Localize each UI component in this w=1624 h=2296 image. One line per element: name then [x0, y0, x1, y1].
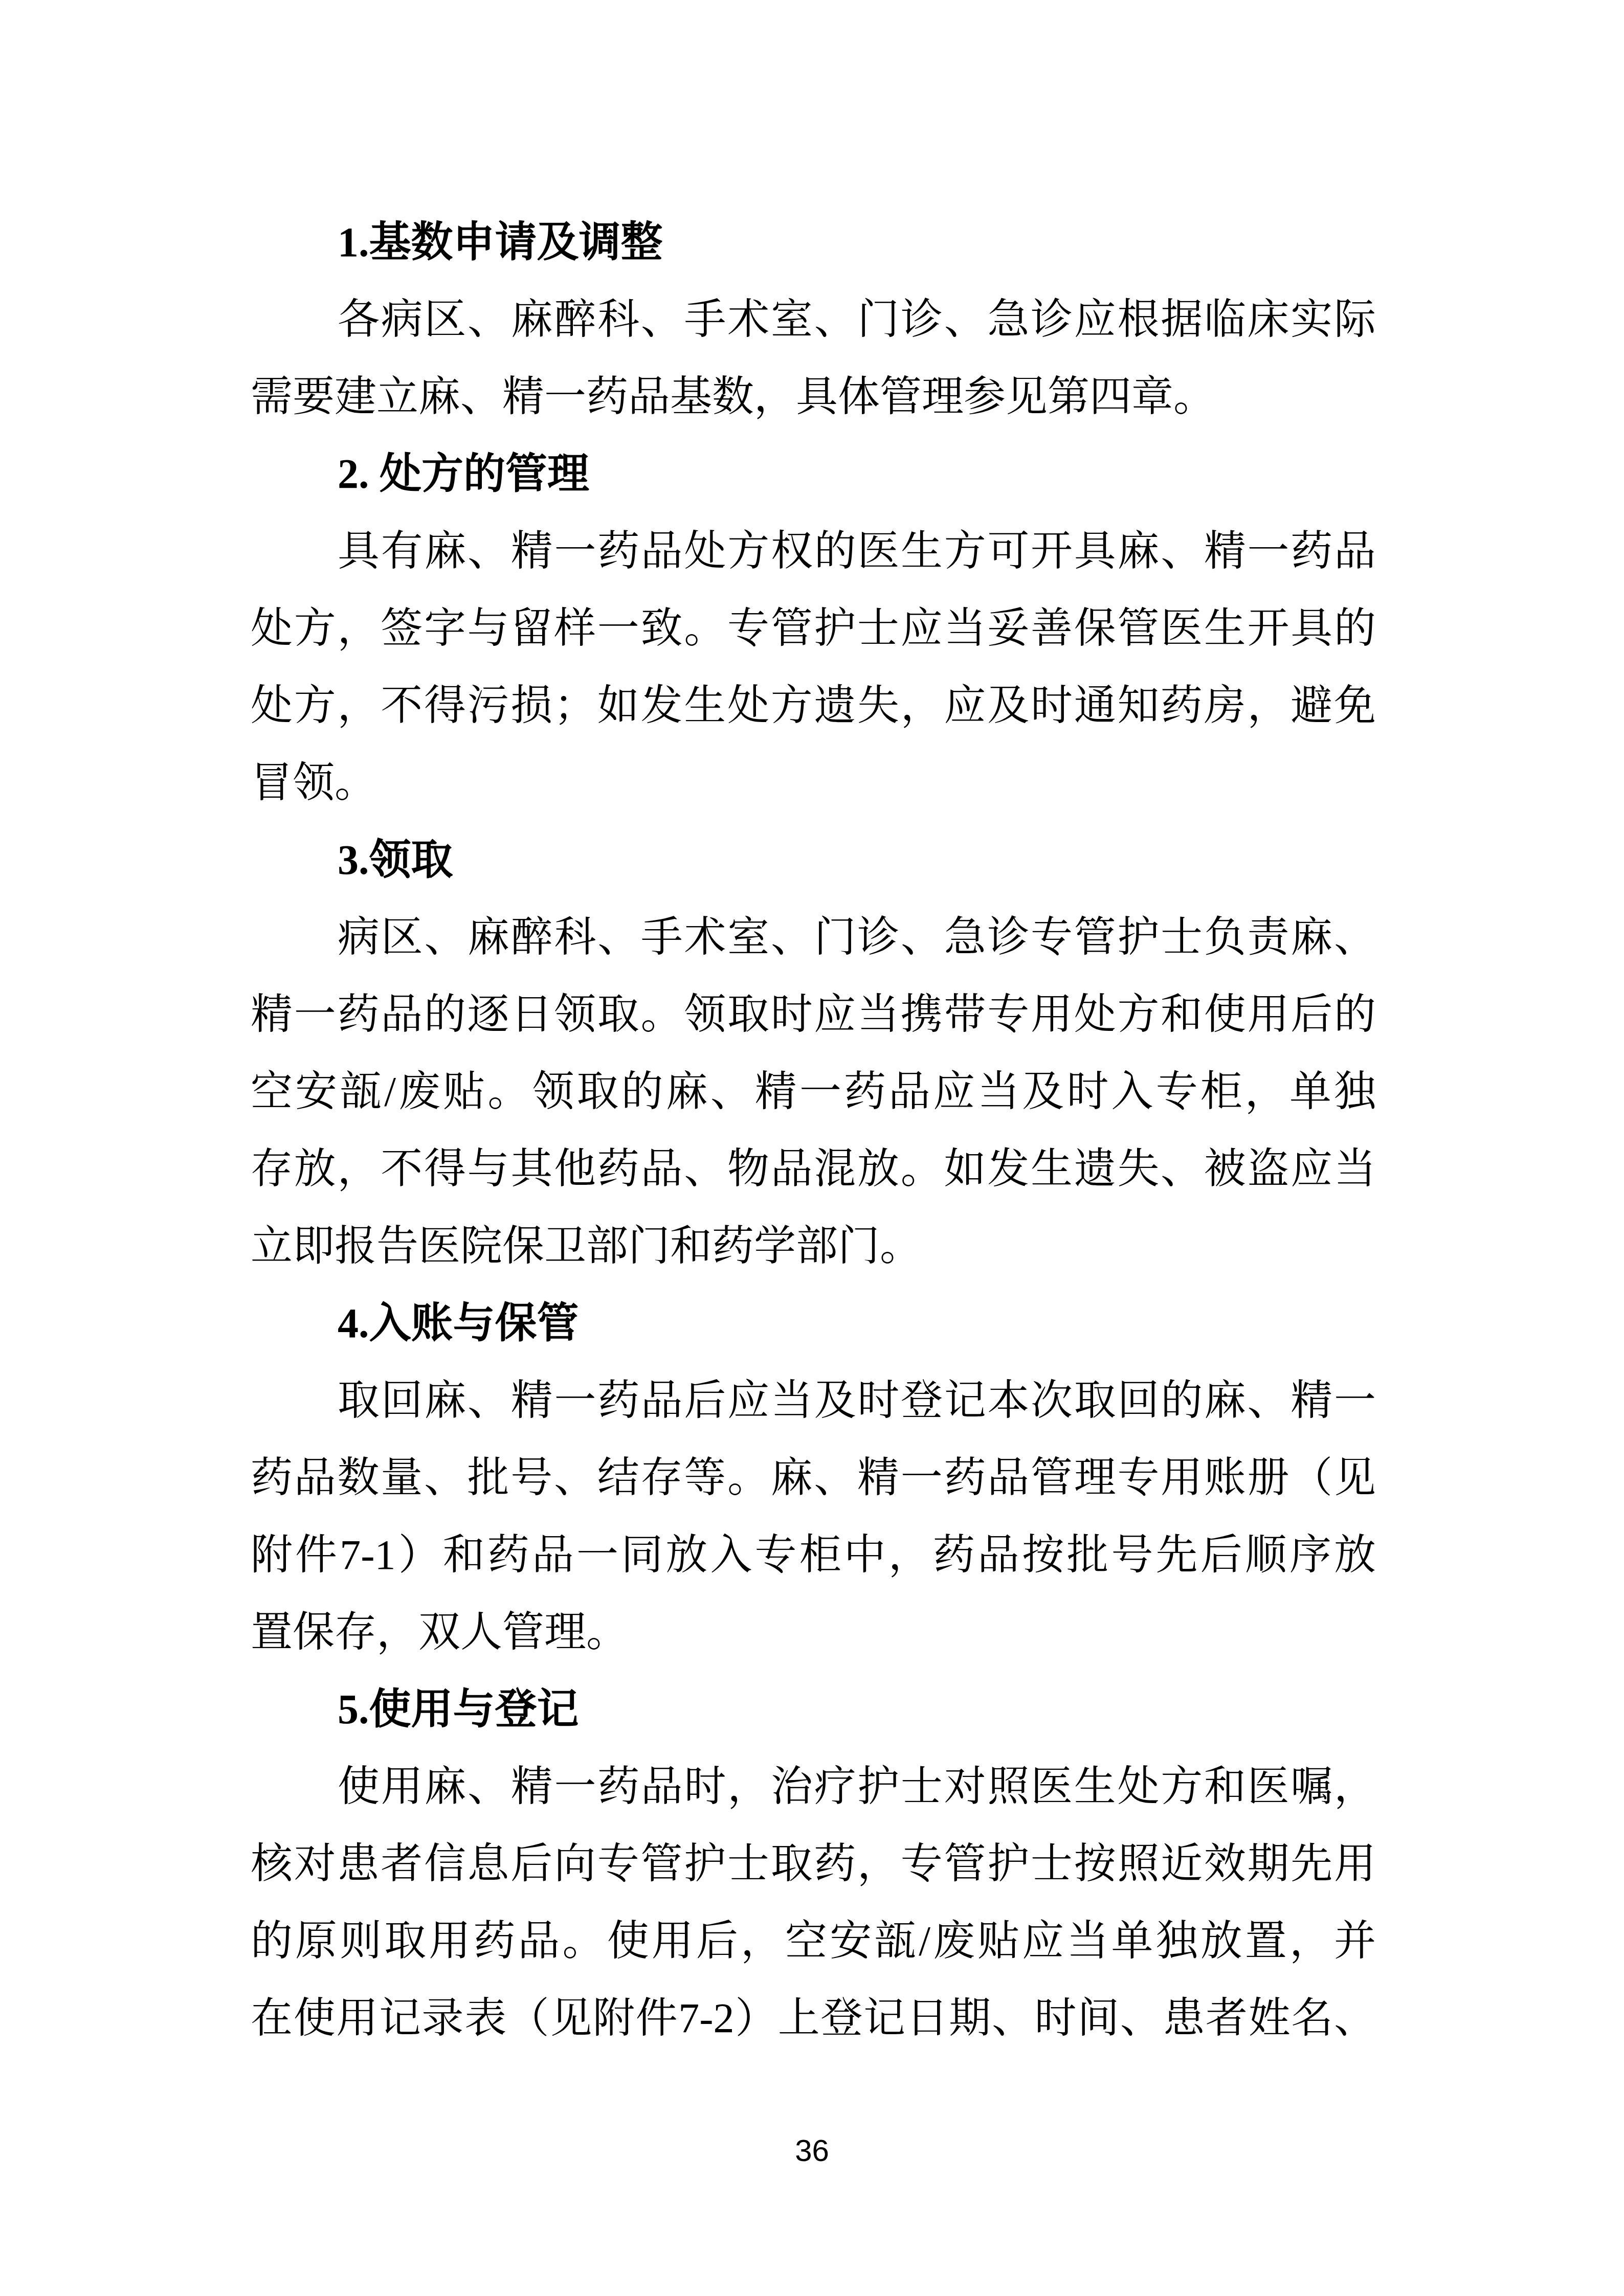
section-2-paragraph-line: 具有麻、精一药品处方权的医生方可开具麻、精一药品	[251, 512, 1376, 590]
section-4-paragraph-line: 置保存，双人管理。	[251, 1593, 1376, 1671]
section-4-heading: 4.入账与保管	[251, 1285, 1376, 1362]
section-3-paragraph-line: 精一药品的逐日领取。领取时应当携带专用处方和使用后的	[251, 976, 1376, 1053]
section-5-paragraph-line: 使用麻、精一药品时，治疗护士对照医生处方和医嘱，	[251, 1748, 1376, 1825]
section-2-paragraph-line: 冒领。	[251, 744, 1376, 821]
section-1-paragraph-line: 需要建立麻、精一药品基数，具体管理参见第四章。	[251, 358, 1376, 435]
document-body: 1.基数申请及调整 各病区、麻醉科、手术室、门诊、急诊应根据临床实际 需要建立麻…	[251, 204, 1376, 2057]
section-1-heading: 1.基数申请及调整	[251, 204, 1376, 281]
section-4-paragraph-line: 附件7-1）和药品一同放入专柜中，药品按批号先后顺序放	[251, 1516, 1376, 1593]
section-5-paragraph-line: 在使用记录表（见附件7-2）上登记日期、时间、患者姓名、	[251, 1979, 1376, 2057]
document-page: 1.基数申请及调整 各病区、麻醉科、手术室、门诊、急诊应根据临床实际 需要建立麻…	[0, 0, 1624, 2296]
section-4-paragraph-line: 药品数量、批号、结存等。麻、精一药品管理专用账册（见	[251, 1439, 1376, 1516]
section-5-paragraph-line: 的原则取用药品。使用后，空安瓿/废贴应当单独放置，并	[251, 1902, 1376, 1979]
section-2-heading: 2. 处方的管理	[251, 435, 1376, 512]
section-5-heading: 5.使用与登记	[251, 1671, 1376, 1748]
section-4-paragraph-line: 取回麻、精一药品后应当及时登记本次取回的麻、精一	[251, 1362, 1376, 1439]
page-number: 36	[0, 2131, 1624, 2170]
section-2-paragraph-line: 处方，签字与留样一致。专管护士应当妥善保管医生开具的	[251, 590, 1376, 667]
section-3-heading: 3.领取	[251, 821, 1376, 898]
section-5-paragraph-line: 核对患者信息后向专管护士取药，专管护士按照近效期先用	[251, 1825, 1376, 1902]
section-2-paragraph-line: 处方，不得污损；如发生处方遗失，应及时通知药房，避免	[251, 667, 1376, 744]
section-3-paragraph-line: 空安瓿/废贴。领取的麻、精一药品应当及时入专柜，单独	[251, 1053, 1376, 1130]
section-3-paragraph-line: 病区、麻醉科、手术室、门诊、急诊专管护士负责麻、	[251, 898, 1376, 976]
section-1-paragraph-line: 各病区、麻醉科、手术室、门诊、急诊应根据临床实际	[251, 281, 1376, 358]
section-3-paragraph-line: 立即报告医院保卫部门和药学部门。	[251, 1207, 1376, 1285]
section-3-paragraph-line: 存放，不得与其他药品、物品混放。如发生遗失、被盗应当	[251, 1130, 1376, 1207]
